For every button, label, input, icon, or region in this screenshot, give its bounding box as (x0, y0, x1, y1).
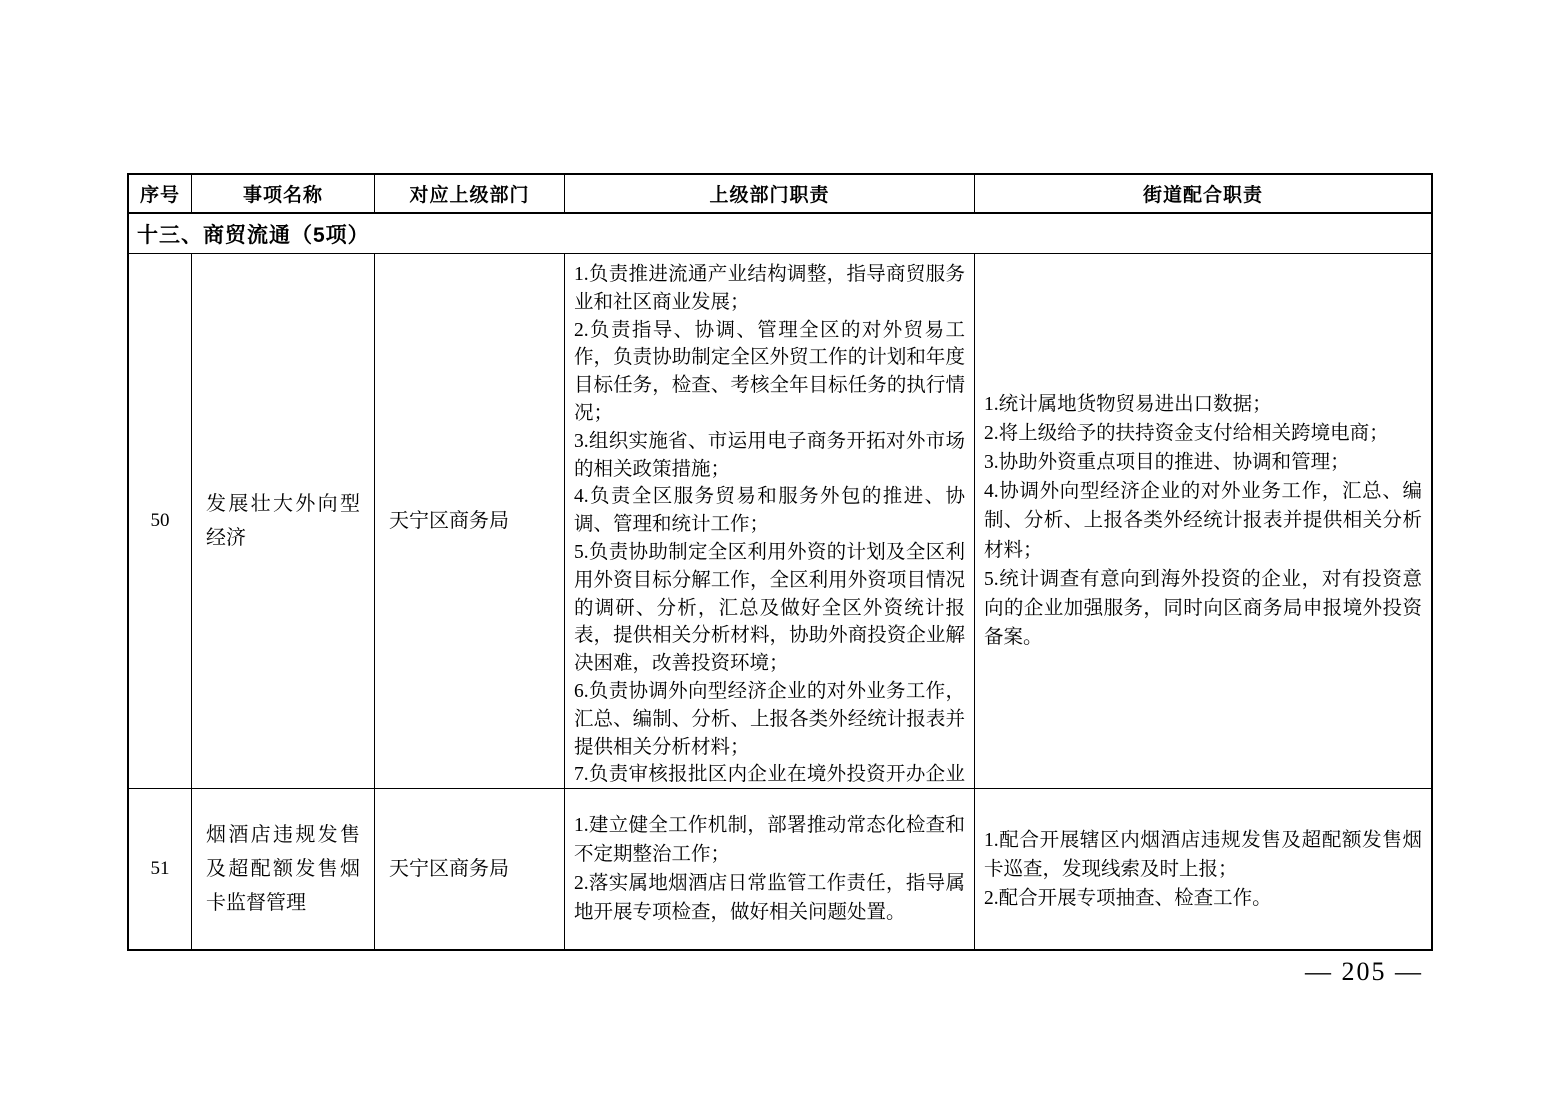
table-row: 50 发展壮大外向型经济 天宁区商务局 1.负责推进流通产业结构调整，指导商贸服… (129, 254, 1431, 789)
document-page: 序号 事项名称 对应上级部门 上级部门职责 街道配合职责 十三、商贸流通（5项）… (0, 0, 1559, 1102)
department-cell: 天宁区商务局 (375, 789, 565, 949)
superior-duties-text: 1.建立健全工作机制，部署推动常态化检查和不定期整治工作； 2.落实属地烟酒店日… (574, 811, 965, 927)
department-cell: 天宁区商务局 (375, 254, 565, 788)
street-duties-text: 1.配合开展辖区内烟酒店违规发售及超配额发售烟卡巡查，发现线索及时上报； 2.配… (984, 826, 1422, 913)
seq-cell: 50 (129, 254, 192, 788)
section-header: 十三、商贸流通（5项） (129, 214, 1431, 254)
table-header-row: 序号 事项名称 对应上级部门 上级部门职责 街道配合职责 (129, 175, 1431, 214)
responsibilities-table: 序号 事项名称 对应上级部门 上级部门职责 街道配合职责 十三、商贸流通（5项）… (127, 173, 1433, 951)
department-text: 天宁区商务局 (389, 852, 509, 886)
item-name-cell: 烟酒店违规发售及超配额发售烟卡监督管理 (192, 789, 375, 949)
street-duties-text: 1.统计属地货物贸易进出口数据； 2.将上级给予的扶持资金支付给相关跨境电商； … (984, 390, 1422, 653)
table-row: 51 烟酒店违规发售及超配额发售烟卡监督管理 天宁区商务局 1.建立健全工作机制… (129, 789, 1431, 949)
street-duties-cell: 1.统计属地货物贸易进出口数据； 2.将上级给予的扶持资金支付给相关跨境电商； … (975, 254, 1431, 788)
column-header-superior-duties: 上级部门职责 (565, 175, 975, 212)
superior-duties-cell: 1.负责推进流通产业结构调整，指导商贸服务业和社区商业发展； 2.负责指导、协调… (565, 254, 975, 788)
column-header-superior-department: 对应上级部门 (375, 175, 565, 212)
item-name-text: 烟酒店违规发售及超配额发售烟卡监督管理 (206, 818, 360, 920)
column-header-street-duties: 街道配合职责 (975, 175, 1431, 212)
seq-cell: 51 (129, 789, 192, 949)
item-name-cell: 发展壮大外向型经济 (192, 254, 375, 788)
page-number: — 205 — (1305, 957, 1423, 987)
column-header-item-name: 事项名称 (192, 175, 375, 212)
column-header-seq: 序号 (129, 175, 192, 212)
department-text: 天宁区商务局 (389, 504, 509, 538)
item-name-text: 发展壮大外向型经济 (206, 487, 360, 555)
superior-duties-text: 1.负责推进流通产业结构调整，指导商贸服务业和社区商业发展； 2.负责指导、协调… (574, 261, 965, 788)
section-title: 十三、商贸流通（5项） (137, 219, 370, 249)
street-duties-cell: 1.配合开展辖区内烟酒店违规发售及超配额发售烟卡巡查，发现线索及时上报； 2.配… (975, 789, 1431, 949)
superior-duties-cell: 1.建立健全工作机制，部署推动常态化检查和不定期整治工作； 2.落实属地烟酒店日… (565, 789, 975, 949)
